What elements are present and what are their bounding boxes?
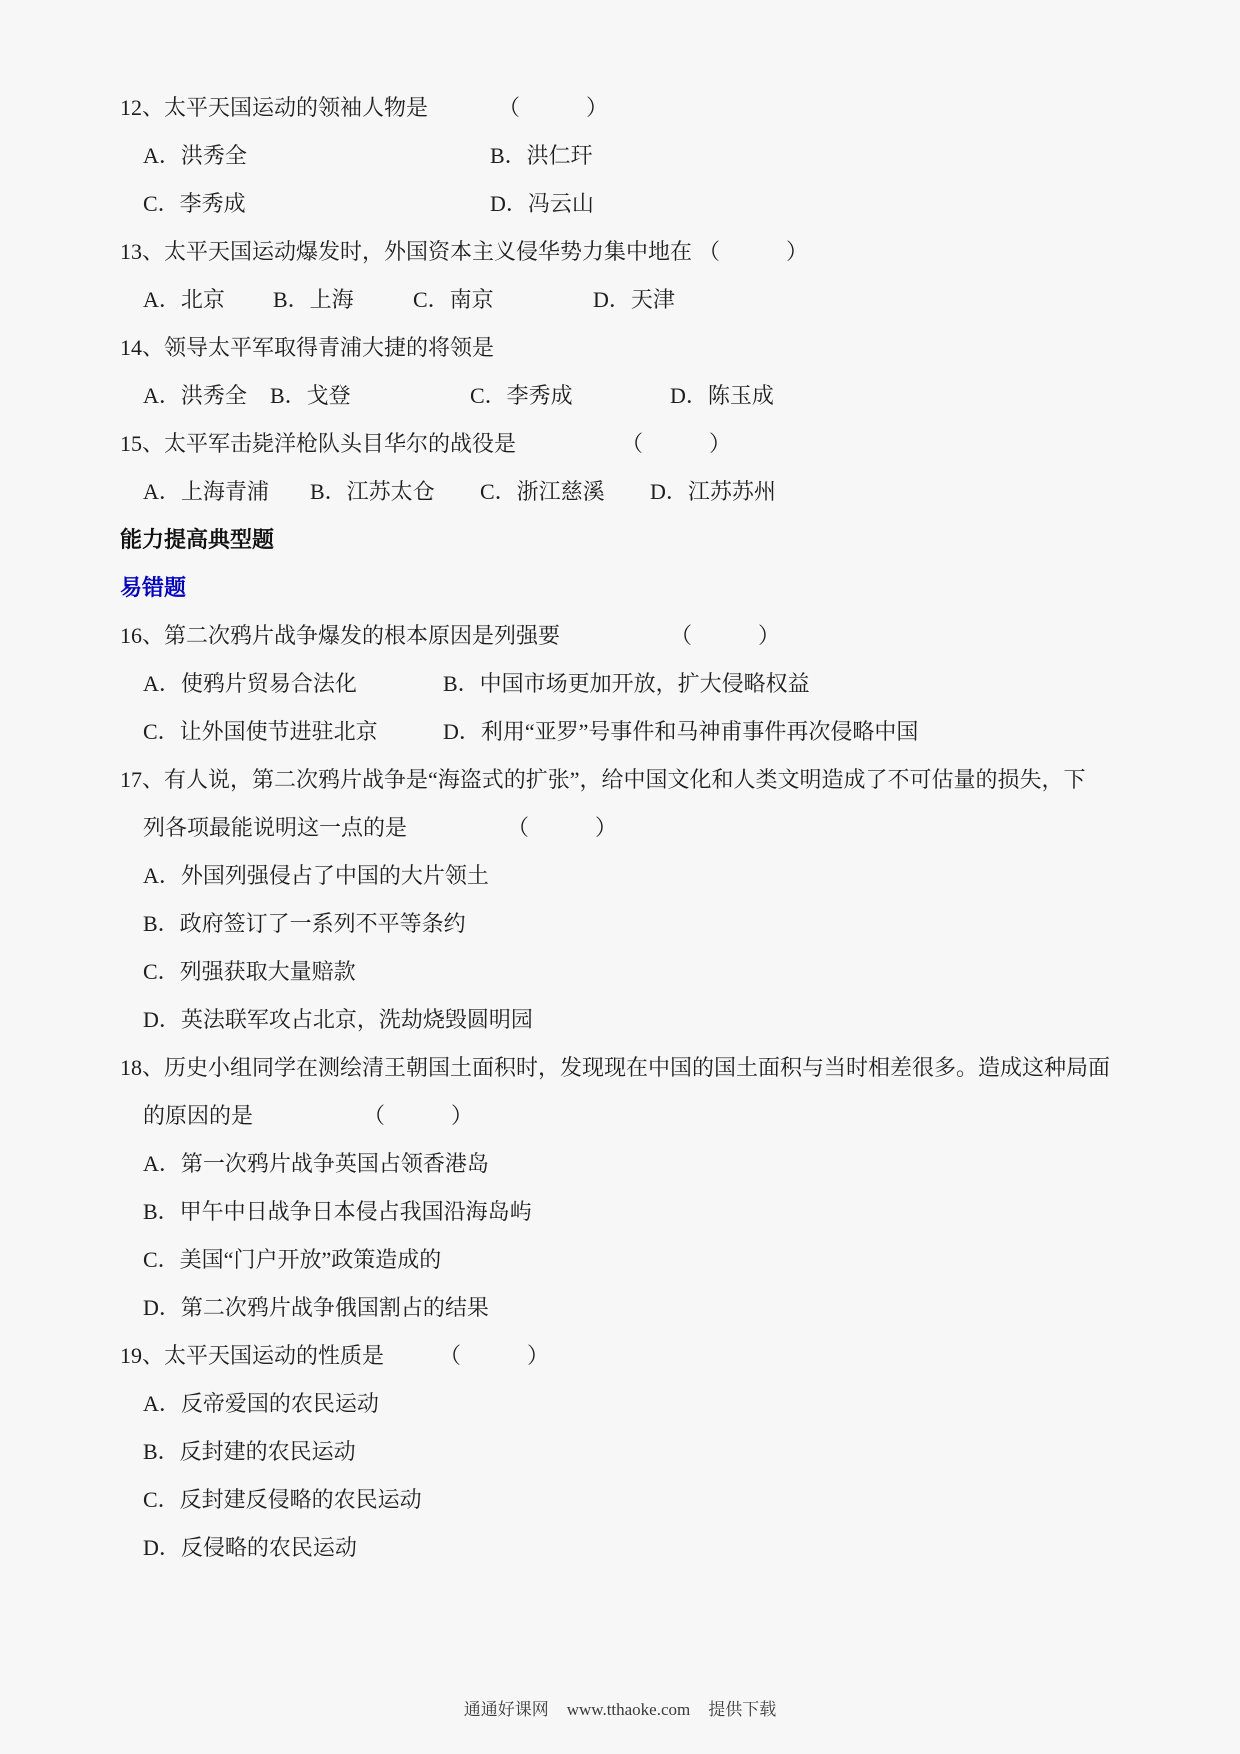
option-a: A．洪秀全 [143, 144, 490, 168]
question-stem-line: 17、有人说，第二次鸦片战争是“海盗式的扩张”，给中国文化和人类文明造成了不可估… [120, 768, 1200, 792]
question-14: 14、领导太平军取得青浦大捷的将领是 A．洪秀全 B．戈登 C．李秀成 D．陈玉… [120, 336, 1200, 408]
question-text: 第二次鸦片战争爆发的根本原因是列强要 [164, 623, 560, 648]
option-b: B．江苏太仓 [310, 480, 480, 504]
question-stem-line: 18、历史小组同学在测绘清王朝国土面积时，发现现在中国的国土面积与当时相差很多。… [120, 1056, 1200, 1080]
question-16: 16、第二次鸦片战争爆发的根本原因是列强要（ ） A．使鸦片贸易合法化 B．中国… [120, 624, 1200, 744]
option-row: D．第二次鸦片战争俄国割占的结果 [143, 1296, 1200, 1320]
option-b: B．洪仁玕 [490, 144, 593, 168]
option-row: A．外国列强侵占了中国的大片领土 [143, 864, 1200, 888]
question-15: 15、太平军击毙洋枪队头目华尔的战役是（ ） A．上海青浦 B．江苏太仓 C．浙… [120, 432, 1200, 504]
footer-note: 提供下载 [708, 1700, 776, 1719]
option-row: A．上海青浦 B．江苏太仓 C．浙江慈溪 D．江苏苏州 [143, 480, 1200, 504]
footer-site-name: 通通好课网 [464, 1700, 549, 1719]
option-a: A．上海青浦 [143, 480, 310, 504]
option-d: D．反侵略的农民运动 [143, 1536, 357, 1560]
option-row: D．英法联军攻占北京，洗劫烧毁圆明园 [143, 1008, 1200, 1032]
option-a: A．外国列强侵占了中国的大片领土 [143, 864, 489, 888]
question-text: 太平天国运动的性质是 [164, 1343, 384, 1368]
option-c: C．列强获取大量赔款 [143, 960, 356, 984]
option-b: B．戈登 [270, 384, 470, 408]
option-d: D．江苏苏州 [650, 480, 776, 504]
question-number: 18、 [120, 1055, 164, 1080]
question-12: 12、太平天国运动的领袖人物是（ ） A．洪秀全 B．洪仁玕 C．李秀成 D．冯… [120, 96, 1200, 216]
option-row: A．使鸦片贸易合法化 B．中国市场更加开放，扩大侵略权益 [143, 672, 1200, 696]
option-row: A．北京 B．上海 C．南京 D．天津 [143, 288, 1200, 312]
answer-bracket: （ ） [621, 432, 731, 456]
document-page: 12、太平天国运动的领袖人物是（ ） A．洪秀全 B．洪仁玕 C．李秀成 D．冯… [0, 0, 1240, 1754]
question-19: 19、太平天国运动的性质是（ ） A．反帝爱国的农民运动 B．反封建的农民运动 … [120, 1344, 1200, 1560]
answer-bracket: （ ） [507, 816, 617, 840]
question-text: 太平天国运动的领袖人物是 [164, 95, 428, 120]
option-row: C．美国“门户开放”政策造成的 [143, 1248, 1200, 1272]
option-row: D．反侵略的农民运动 [143, 1536, 1200, 1560]
option-b: B．反封建的农民运动 [143, 1440, 356, 1464]
option-d: D．天津 [593, 288, 675, 312]
option-c: C．李秀成 [143, 192, 490, 216]
page-footer: 通通好课网www.tthaoke.com提供下载 [0, 1695, 1240, 1720]
question-text: 太平天国运动爆发时，外国资本主义侵华势力集中地在 [164, 239, 692, 264]
question-text-continued: 的原因的是 [143, 1103, 253, 1128]
question-stem-continued: 列各项最能说明这一点的是（ ） [143, 816, 1200, 840]
option-b: B．甲午中日战争日本侵占我国沿海岛屿 [143, 1200, 532, 1224]
option-row: A．第一次鸦片战争英国占领香港岛 [143, 1152, 1200, 1176]
option-row: B．反封建的农民运动 [143, 1440, 1200, 1464]
option-c: C．李秀成 [470, 384, 670, 408]
option-c: C．让外国使节进驻北京 [143, 720, 443, 744]
option-a: A．第一次鸦片战争英国占领香港岛 [143, 1152, 489, 1176]
option-d: D．英法联军攻占北京，洗劫烧毁圆明园 [143, 1008, 533, 1032]
question-13: 13、太平天国运动爆发时，外国资本主义侵华势力集中地在（ ） A．北京 B．上海… [120, 240, 1200, 312]
option-c: C．南京 [413, 288, 593, 312]
section-heading-error-prone: 易错题 [120, 576, 1200, 600]
question-stem-line: 13、太平天国运动爆发时，外国资本主义侵华势力集中地在（ ） [120, 240, 1200, 264]
answer-bracket: （ ） [439, 1344, 549, 1368]
question-number: 13、 [120, 239, 164, 264]
question-text: 领导太平军取得青浦大捷的将领是 [164, 335, 494, 360]
question-stem-line: 12、太平天国运动的领袖人物是（ ） [120, 96, 1200, 120]
option-a: A．使鸦片贸易合法化 [143, 672, 443, 696]
answer-bracket: （ ） [498, 96, 608, 120]
question-stem-line: 14、领导太平军取得青浦大捷的将领是 [120, 336, 1200, 360]
question-number: 14、 [120, 335, 164, 360]
question-text: 有人说，第二次鸦片战争是“海盗式的扩张”，给中国文化和人类文明造成了不可估量的损… [164, 767, 1086, 792]
option-row: C．李秀成 D．冯云山 [143, 192, 1200, 216]
option-row: A．反帝爱国的农民运动 [143, 1392, 1200, 1416]
option-row: C．列强获取大量赔款 [143, 960, 1200, 984]
option-c: C．美国“门户开放”政策造成的 [143, 1248, 441, 1272]
question-17: 17、有人说，第二次鸦片战争是“海盗式的扩张”，给中国文化和人类文明造成了不可估… [120, 768, 1200, 1032]
option-row: C．让外国使节进驻北京 D．利用“亚罗”号事件和马神甫事件再次侵略中国 [143, 720, 1200, 744]
answer-bracket: （ ） [670, 624, 780, 648]
option-row: A．洪秀全 B．洪仁玕 [143, 144, 1200, 168]
question-stem-line: 16、第二次鸦片战争爆发的根本原因是列强要（ ） [120, 624, 1200, 648]
question-text: 太平军击毙洋枪队头目华尔的战役是 [164, 431, 516, 456]
document-content: 12、太平天国运动的领袖人物是（ ） A．洪秀全 B．洪仁玕 C．李秀成 D．冯… [0, 0, 1240, 1560]
option-b: B．上海 [273, 288, 413, 312]
option-d: D．利用“亚罗”号事件和马神甫事件再次侵略中国 [443, 720, 918, 744]
option-row: B．甲午中日战争日本侵占我国沿海岛屿 [143, 1200, 1200, 1224]
footer-site-url: www.tthaoke.com [567, 1700, 691, 1719]
option-d: D．冯云山 [490, 192, 594, 216]
question-text-continued: 列各项最能说明这一点的是 [143, 815, 407, 840]
option-d: D．陈玉成 [670, 384, 774, 408]
question-number: 17、 [120, 767, 164, 792]
option-c: C．浙江慈溪 [480, 480, 650, 504]
option-d: D．第二次鸦片战争俄国割占的结果 [143, 1296, 489, 1320]
option-c: C．反封建反侵略的农民运动 [143, 1488, 422, 1512]
option-a: A．北京 [143, 288, 273, 312]
answer-bracket: （ ） [698, 240, 808, 264]
option-a: A．洪秀全 [143, 384, 270, 408]
question-stem-continued: 的原因的是（ ） [143, 1104, 1200, 1128]
question-number: 16、 [120, 623, 164, 648]
option-row: A．洪秀全 B．戈登 C．李秀成 D．陈玉成 [143, 384, 1200, 408]
option-b: B．政府签订了一系列不平等条约 [143, 912, 466, 936]
question-number: 12、 [120, 95, 164, 120]
option-row: C．反封建反侵略的农民运动 [143, 1488, 1200, 1512]
option-b: B．中国市场更加开放，扩大侵略权益 [443, 672, 810, 696]
question-number: 15、 [120, 431, 164, 456]
option-a: A．反帝爱国的农民运动 [143, 1392, 379, 1416]
question-text: 历史小组同学在测绘清王朝国土面积时，发现现在中国的国土面积与当时相差很多。造成这… [164, 1055, 1110, 1080]
question-stem-line: 15、太平军击毙洋枪队头目华尔的战役是（ ） [120, 432, 1200, 456]
question-stem-line: 19、太平天国运动的性质是（ ） [120, 1344, 1200, 1368]
section-heading-ability: 能力提高典型题 [120, 528, 1200, 552]
answer-bracket: （ ） [363, 1104, 473, 1128]
question-number: 19、 [120, 1343, 164, 1368]
option-row: B．政府签订了一系列不平等条约 [143, 912, 1200, 936]
question-18: 18、历史小组同学在测绘清王朝国土面积时，发现现在中国的国土面积与当时相差很多。… [120, 1056, 1200, 1320]
